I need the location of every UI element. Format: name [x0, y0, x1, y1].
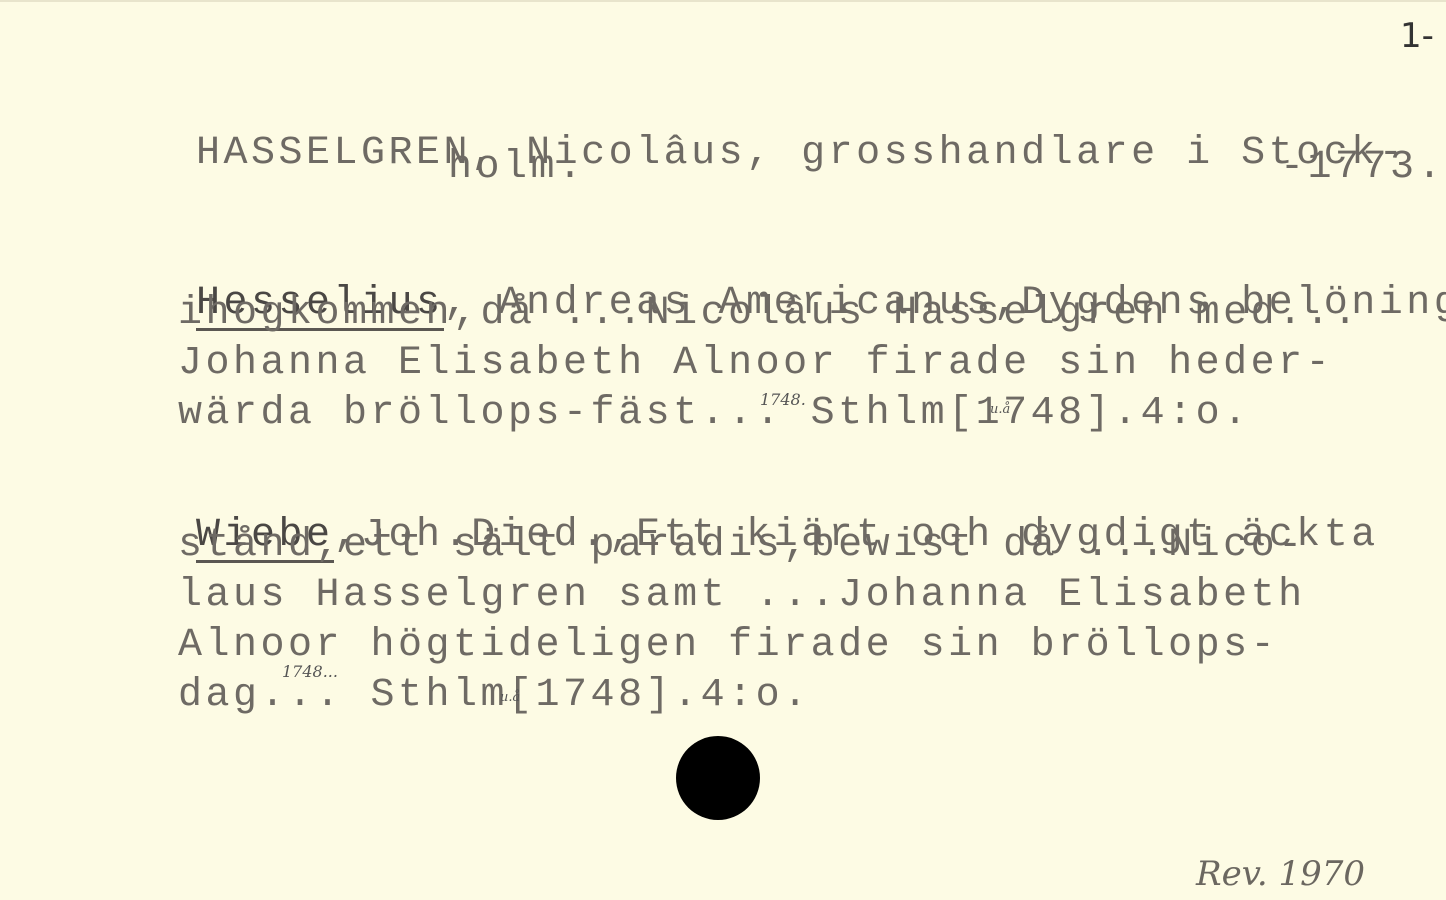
- reference-1-line-4: wärda bröllops-fäst... Sthlm[1748].4:o.: [178, 394, 1251, 434]
- reference-2-line-4: Alnoor högtideligen firade sin bröllops-: [178, 626, 1278, 666]
- reference-1-handwritten-note: u.å: [990, 402, 1010, 417]
- reference-2-line-5: dag... Sthlm[1748].4:o.: [178, 676, 811, 716]
- main-entry-date: -1773.: [1280, 148, 1445, 188]
- reference-1-handwritten-year: 1748.: [760, 390, 806, 409]
- reference-2-line-3: laus Hasselgren samt ...Johanna Elisabet…: [178, 576, 1306, 616]
- reference-1-line-2: ihogkommen,då ...Nicolâus Hasselgren med…: [178, 294, 1361, 334]
- main-entry-description: Nicolâus, grosshandlare i Stock-: [499, 131, 1407, 176]
- main-entry-line-1: HASSELGREN, Nicolâus, grosshandlare i St…: [86, 94, 1406, 214]
- main-entry-line-2: holm.: [448, 148, 586, 188]
- reference-2-handwritten-note: u.å: [500, 690, 520, 705]
- card-number-mark: 1-: [1400, 16, 1434, 56]
- reference-2-line-2: stånd,ett sält paradis,bewist då ...Nico…: [178, 526, 1306, 566]
- catalog-card: 1- HASSELGREN, Nicolâus, grosshandlare i…: [0, 0, 1446, 900]
- punch-hole: [676, 736, 760, 820]
- reference-1-line-3: Johanna Elisabeth Alnoor firade sin hede…: [178, 344, 1333, 384]
- reference-2-handwritten-year: 1748...: [282, 662, 338, 681]
- revision-note: Rev. 1970: [1196, 854, 1365, 894]
